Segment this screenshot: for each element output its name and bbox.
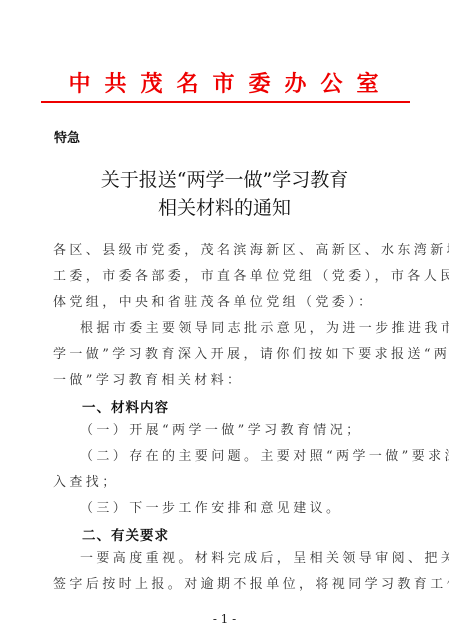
body-line-2: 学一做”学习教育深入开展，请你们按如下要求报送“两学 (53, 342, 408, 368)
section2-line-1: 一要高度重视。材料完成后，呈相关领导审阅、把关、 (80, 546, 435, 572)
letterhead-divider (41, 101, 410, 103)
document-page: 中共茂名市委办公室 特急 关于报送“两学一做”学习教育 相关材料的通知 各区、县… (0, 0, 449, 639)
body-line-1: 根据市委主要领导同志批示意见，为进一步推进我市“两 (80, 316, 435, 342)
addressee-line-3: 体党组，中央和省驻茂各单位党组（党委）： (53, 290, 408, 316)
section1-item-3: （三）下一步工作安排和意见建议。 (80, 496, 435, 522)
addressee-line-1: 各区、县级市党委，茂名滨海新区、高新区、水东湾新城党 (53, 238, 408, 264)
urgency-label: 特急 (54, 127, 80, 146)
page-number: - 1 - (0, 612, 449, 626)
section1-item-2-cont: 入查找； (53, 470, 408, 496)
body-line-3: 一做”学习教育相关材料： (53, 368, 408, 394)
letterhead: 中共茂名市委办公室 (41, 72, 410, 98)
section-heading-2: 二、有关要求 (82, 524, 169, 544)
section2-line-2: 签字后按时上报。对逾期不报单位，将视同学习教育工作开 (53, 572, 408, 598)
section1-item-2: （二）存在的主要问题。主要对照“两学一做”要求深 (80, 444, 435, 470)
addressee-line-2: 工委，市委各部委，市直各单位党组（党委），市各人民团 (53, 264, 408, 290)
section-heading-1: 一、材料内容 (82, 396, 169, 416)
document-title-line-1: 关于报送“两学一做”学习教育 (0, 168, 449, 192)
section1-item-1: （一）开展“两学一做”学习教育情况； (80, 418, 435, 444)
document-title-line-2: 相关材料的通知 (0, 196, 449, 220)
